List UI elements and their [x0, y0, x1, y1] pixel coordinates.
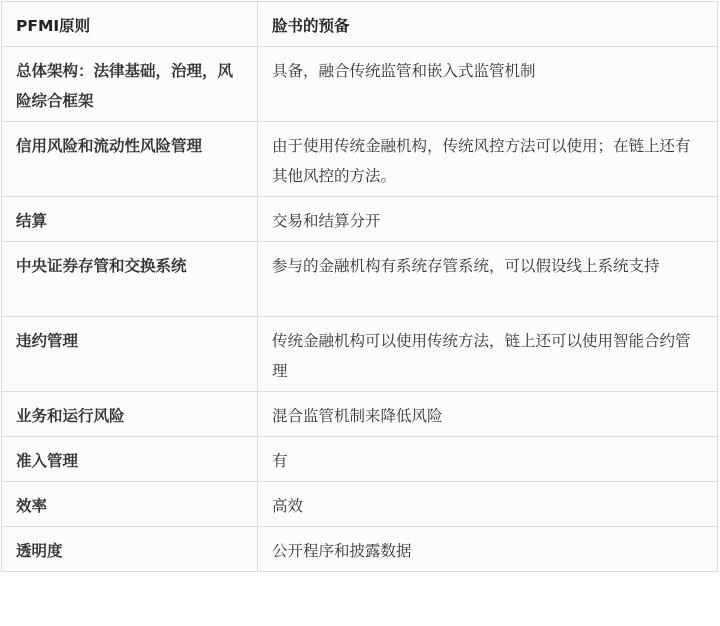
readiness-cell: 具备，融合传统监管和嵌入式监管机制 — [258, 47, 718, 122]
principle-cell: 违约管理 — [2, 317, 258, 392]
readiness-cell: 传统金融机构可以使用传统方法，链上还可以使用智能合约管理 — [258, 317, 718, 392]
principle-cell: 效率 — [2, 482, 258, 527]
table-row: 效率 高效 — [2, 482, 718, 527]
principle-cell: 透明度 — [2, 527, 258, 572]
table-row: 信用风险和流动性风险管理 由于使用传统金融机构，传统风控方法可以使用；在链上还有… — [2, 122, 718, 197]
readiness-cell: 参与的金融机构有系统存管系统，可以假设线上系统支持 — [258, 242, 718, 317]
principle-cell: 总体架构：法律基础，治理，风险综合框架 — [2, 47, 258, 122]
readiness-cell: 交易和结算分开 — [258, 197, 718, 242]
header-pfmi-principle: PFMI原则 — [2, 2, 258, 47]
readiness-cell: 高效 — [258, 482, 718, 527]
table-row: 透明度 公开程序和披露数据 — [2, 527, 718, 572]
header-row: PFMI原则 脸书的预备 — [2, 2, 718, 47]
principle-cell: 准入管理 — [2, 437, 258, 482]
principle-cell: 信用风险和流动性风险管理 — [2, 122, 258, 197]
table-row: 总体架构：法律基础，治理，风险综合框架 具备，融合传统监管和嵌入式监管机制 — [2, 47, 718, 122]
readiness-cell: 混合监管机制来降低风险 — [258, 392, 718, 437]
table-row: 结算 交易和结算分开 — [2, 197, 718, 242]
readiness-cell: 有 — [258, 437, 718, 482]
table-row: 违约管理 传统金融机构可以使用传统方法，链上还可以使用智能合约管理 — [2, 317, 718, 392]
readiness-cell: 公开程序和披露数据 — [258, 527, 718, 572]
table-row: 中央证券存管和交换系统 参与的金融机构有系统存管系统，可以假设线上系统支持 — [2, 242, 718, 317]
table-row: 准入管理 有 — [2, 437, 718, 482]
principle-cell: 结算 — [2, 197, 258, 242]
principle-cell: 业务和运行风险 — [2, 392, 258, 437]
pfmi-comparison-table: PFMI原则 脸书的预备 总体架构：法律基础，治理，风险综合框架 具备，融合传统… — [1, 1, 718, 572]
readiness-cell: 由于使用传统金融机构，传统风控方法可以使用；在链上还有其他风控的方法。 — [258, 122, 718, 197]
principle-cell: 中央证券存管和交换系统 — [2, 242, 258, 317]
header-facebook-readiness: 脸书的预备 — [258, 2, 718, 47]
table-row: 业务和运行风险 混合监管机制来降低风险 — [2, 392, 718, 437]
